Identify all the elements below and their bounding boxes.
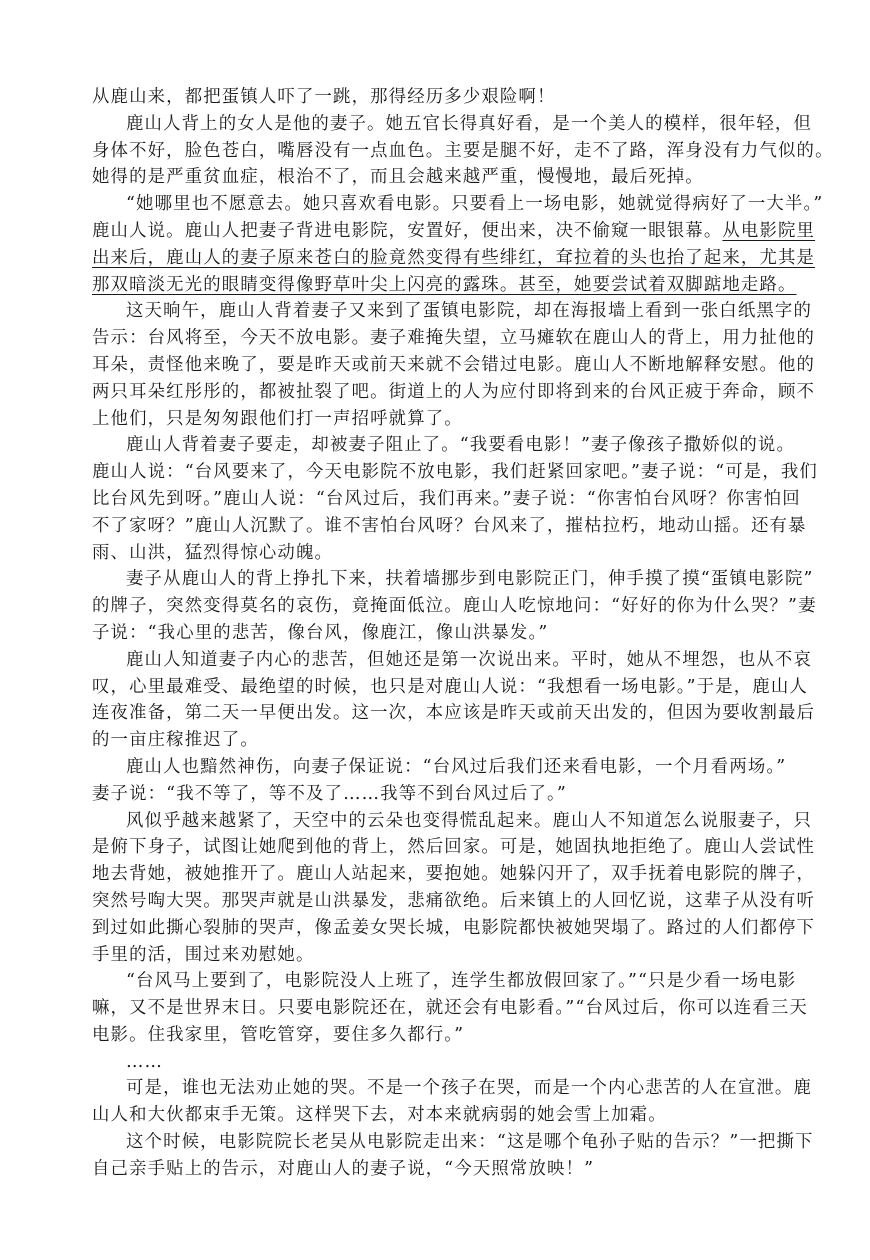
text-line: 的一亩庄稼推迟了。 — [92, 727, 782, 754]
line-text: 这个时候，电影院院长老吴从电影院走出来：“这是哪个龟孙子贴的告示？”一把撕下 — [126, 1132, 814, 1152]
underlined-text: 出来后，鹿山人的妻子原来苍白的脸竟然变得有些绯红，耷拉着的头也抬了起来，尤其是 — [92, 248, 815, 268]
line-text: 的牌子，突然变得莫名的哀伤，竟掩面低泣。鹿山人吃惊地问：“好好的你为什么哭？”妻 — [92, 596, 817, 616]
line-text: 风似乎越来越紧了，天空中的云朵也变得慌乱起来。鹿山人不知道怎么说服妻子，只 — [126, 811, 812, 831]
text-line: 身体不好，脸色苍白，嘴唇没有一点血色。主要是腿不好，走不了路，浑身没有力气似的。 — [92, 138, 782, 165]
line-text: 叹，心里最难受、最绝望的时候，也只是对鹿山人说：“我想看一场电影。”于是，鹿山人 — [92, 677, 808, 697]
text-line: 叹，心里最难受、最绝望的时候，也只是对鹿山人说：“我想看一场电影。”于是，鹿山人 — [92, 674, 782, 701]
text-line: 的牌子，突然变得莫名的哀伤，竟掩面低泣。鹿山人吃惊地问：“好好的你为什么哭？”妻 — [92, 593, 782, 620]
line-text: 是俯下身子，试图让她爬到他的背上，然后回家。可是，她固执地拒绝了。鹿山人尝试性 — [92, 837, 815, 857]
line-text: 不了家呀？”鹿山人沉默了。谁不害怕台风呀？台风来了，摧枯拉朽，地动山摇。还有暴 — [92, 516, 807, 536]
line-text: …… — [126, 1052, 163, 1072]
text-line: 嘛，又不是世界末日。只要电影院还在，就还会有电影看。”“台风过后，你可以连看三天 — [92, 995, 782, 1022]
underlined-text: 从电影院里 — [722, 221, 815, 241]
text-line: 地去背她，被她推开了。鹿山人站起来，要抱她。她躲闪开了，双手抚着电影院的牌子， — [92, 861, 782, 888]
text-line: 妻子说：“我不等了，等不及了……我等不到台风过后了。” — [92, 781, 782, 808]
line-text: 鹿山人知道妻子内心的悲苦，但她还是第一次说出来。平时，她从不埋怨，也从不哀 — [126, 650, 812, 670]
line-text: 妻子说：“我不等了，等不及了……我等不到台风过后了。” — [92, 784, 567, 804]
text-line: …… — [92, 1049, 782, 1076]
text-line: 突然号啕大哭。那哭声就是山洪暴发，悲痛欲绝。后来镇上的人回忆说，这辈子从没有听 — [92, 888, 782, 915]
line-text: 的一亩庄稼推迟了。 — [92, 730, 259, 750]
line-text: 子说：“我心里的悲苦，像台风，像鹿江，像山洪暴发。” — [92, 623, 548, 643]
text-line: 鹿山人背着妻子要走，却被妻子阻止了。“我要看电影！”妻子像孩子撒娇似的说。 — [92, 432, 782, 459]
line-text: 上他们，只是匆匆跟他们打一声招呼就算了。 — [92, 409, 463, 429]
text-line: 到过如此撕心裂肺的哭声，像孟姜女哭长城，电影院都快被她哭塌了。路过的人们都停下 — [92, 915, 782, 942]
text-line: “她哪里也不愿意去。她只喜欢看电影。只要看上一场电影，她就觉得病好了一大半。” — [92, 191, 782, 218]
line-text: 鹿山人背上的女人是他的妻子。她五官长得真好看，是一个美人的模样，很年轻，但 — [126, 114, 812, 134]
line-text: 地去背她，被她推开了。鹿山人站起来，要抱她。她躲闪开了，双手抚着电影院的牌子， — [92, 864, 815, 884]
text-line: “台风马上要到了，电影院没人上班了，连学生都放假回家了。”“只是少看一场电影 — [92, 968, 782, 995]
text-line: 是俯下身子，试图让她爬到他的背上，然后回家。可是，她固执地拒绝了。鹿山人尝试性 — [92, 834, 782, 861]
text-line: 电影。住我家里，管吃管穿，要住多久都行。” — [92, 1022, 782, 1049]
text-line: 从鹿山来，都把蛋镇人吓了一跳，那得经历多少艰险啊！ — [92, 84, 782, 111]
text-line: 鹿山人知道妻子内心的悲苦，但她还是第一次说出来。平时，她从不埋怨，也从不哀 — [92, 647, 782, 674]
document-page: 从鹿山来，都把蛋镇人吓了一跳，那得经历多少艰险啊！鹿山人背上的女人是他的妻子。她… — [92, 84, 782, 1183]
text-line: 告示：台风将至，今天不放电影。妻子难掩失望，立马瘫软在鹿山人的背上，用力扯他的 — [92, 325, 782, 352]
line-text: 她得的是严重贫血症，根治不了，而且会越来越严重，慢慢地，最后死掉。 — [92, 167, 704, 187]
text-line: 可是，谁也无法劝止她的哭。不是一个孩子在哭，而是一个内心悲苦的人在宣泄。鹿 — [92, 1075, 782, 1102]
line-text: 雨、山洪，猛烈得惊心动魄。 — [92, 543, 333, 563]
line-text: 突然号啕大哭。那哭声就是山洪暴发，悲痛欲绝。后来镇上的人回忆说，这辈子从没有听 — [92, 891, 815, 911]
text-line: 她得的是严重贫血症，根治不了，而且会越来越严重，慢慢地，最后死掉。 — [92, 164, 782, 191]
text-line: 不了家呀？”鹿山人沉默了。谁不害怕台风呀？台风来了，摧枯拉朽，地动山摇。还有暴 — [92, 513, 782, 540]
line-text: 耳朵，责怪他来晚了，要是昨天或前天来就不会错过电影。鹿山人不断地解释安慰。他的 — [92, 355, 815, 375]
text-line: 出来后，鹿山人的妻子原来苍白的脸竟然变得有些绯红，耷拉着的头也抬了起来，尤其是 — [92, 245, 782, 272]
line-text: “她哪里也不愿意去。她只喜欢看电影。只要看上一场电影，她就觉得病好了一大半。” — [126, 194, 823, 214]
line-text: 连夜准备，第二天一早便出发。这一次，本应该是昨天或前天出发的，但因为要收割最后 — [92, 703, 815, 723]
line-text: 电影。住我家里，管吃管穿，要住多久都行。” — [92, 1025, 464, 1045]
text-line: 这个时候，电影院院长老吴从电影院走出来：“这是哪个龟孙子贴的告示？”一把撕下 — [92, 1129, 782, 1156]
line-text: 到过如此撕心裂肺的哭声，像孟姜女哭长城，电影院都快被她哭塌了。路过的人们都停下 — [92, 918, 815, 938]
text-line: 上他们，只是匆匆跟他们打一声招呼就算了。 — [92, 406, 782, 433]
line-text: 鹿山人背着妻子要走，却被妻子阻止了。“我要看电影！”妻子像孩子撒娇似的说。 — [126, 435, 795, 455]
text-line: 鹿山人说：“台风要来了，今天电影院不放电影，我们赶紧回家吧。”妻子说：“可是，我… — [92, 459, 782, 486]
text-line: 鹿山人背上的女人是他的妻子。她五官长得真好看，是一个美人的模样，很年轻，但 — [92, 111, 782, 138]
underlined-text: 那双暗淡无光的眼睛变得像野草叶尖上闪亮的露珠。甚至，她要尝试着双脚踮地走路。 — [92, 275, 797, 295]
line-text: 自己亲手贴上的告示，对鹿山人的妻子说，“今天照常放映！” — [92, 1159, 594, 1179]
text-line: 鹿山人说。鹿山人把妻子背进电影院，安置好，便出来，决不偷窥一眼银幕。从电影院里 — [92, 218, 782, 245]
line-text: 两只耳朵红彤彤的，都被扯裂了吧。街道上的人为应付即将到来的台风正疲于奔命，顾不 — [92, 382, 815, 402]
line-text: 鹿山人说：“台风要来了，今天电影院不放电影，我们赶紧回家吧。”妻子说：“可是，我… — [92, 462, 818, 482]
line-text: 嘛，又不是世界末日。只要电影院还在，就还会有电影看。”“台风过后，你可以连看三天 — [92, 998, 808, 1018]
line-text: 这天晌午，鹿山人背着妻子又来到了蛋镇电影院，却在海报墙上看到一张白纸黑字的 — [126, 301, 812, 321]
text-line: 比台风先到呀。”鹿山人说：“台风过后，我们再来。”妻子说：“你害怕台风呀？你害怕… — [92, 486, 782, 513]
text-line: 连夜准备，第二天一早便出发。这一次，本应该是昨天或前天出发的，但因为要收割最后 — [92, 700, 782, 727]
line-text: 身体不好，脸色苍白，嘴唇没有一点血色。主要是腿不好，走不了路，浑身没有力气似的。 — [92, 141, 834, 161]
text-line: 耳朵，责怪他来晚了，要是昨天或前天来就不会错过电影。鹿山人不断地解释安慰。他的 — [92, 352, 782, 379]
line-text: 妻子从鹿山人的背上挣扎下来，扶着墙挪步到电影院正门，伸手摸了摸“蛋镇电影院” — [126, 569, 814, 589]
line-text: 可是，谁也无法劝止她的哭。不是一个孩子在哭，而是一个内心悲苦的人在宣泄。鹿 — [126, 1078, 812, 1098]
text-line: 风似乎越来越紧了，天空中的云朵也变得慌乱起来。鹿山人不知道怎么说服妻子，只 — [92, 808, 782, 835]
text-line: 山人和大伙都束手无策。这样哭下去，对本来就病弱的她会雪上加霜。 — [92, 1102, 782, 1129]
text-line: 子说：“我心里的悲苦，像台风，像鹿江，像山洪暴发。” — [92, 620, 782, 647]
line-text: 从鹿山来，都把蛋镇人吓了一跳，那得经历多少艰险啊！ — [92, 87, 556, 107]
text-line: 手里的活，围过来劝慰她。 — [92, 942, 782, 969]
text-line: 这天晌午，鹿山人背着妻子又来到了蛋镇电影院，却在海报墙上看到一张白纸黑字的 — [92, 298, 782, 325]
line-text: “台风马上要到了，电影院没人上班了，连学生都放假回家了。”“只是少看一场电影 — [126, 971, 796, 991]
line-text: 告示：台风将至，今天不放电影。妻子难掩失望，立马瘫软在鹿山人的背上，用力扯他的 — [92, 328, 815, 348]
text-line: 那双暗淡无光的眼睛变得像野草叶尖上闪亮的露珠。甚至，她要尝试着双脚踮地走路。 — [92, 272, 782, 299]
text-line: 妻子从鹿山人的背上挣扎下来，扶着墙挪步到电影院正门，伸手摸了摸“蛋镇电影院” — [92, 566, 782, 593]
text-line: 雨、山洪，猛烈得惊心动魄。 — [92, 540, 782, 567]
line-text: 比台风先到呀。”鹿山人说：“台风过后，我们再来。”妻子说：“你害怕台风呀？你害怕… — [92, 489, 801, 509]
text-line: 两只耳朵红彤彤的，都被扯裂了吧。街道上的人为应付即将到来的台风正疲于奔命，顾不 — [92, 379, 782, 406]
line-text: 鹿山人也黯然神伤，向妻子保证说：“台风过后我们还来看电影，一个月看两场。” — [126, 757, 786, 777]
line-text: 手里的活，围过来劝慰她。 — [92, 945, 315, 965]
text-line: 自己亲手贴上的告示，对鹿山人的妻子说，“今天照常放映！” — [92, 1156, 782, 1183]
line-text: 鹿山人说。鹿山人把妻子背进电影院，安置好，便出来，决不偷窥一眼银幕。 — [92, 221, 722, 241]
line-text: 山人和大伙都束手无策。这样哭下去，对本来就病弱的她会雪上加霜。 — [92, 1105, 667, 1125]
text-line: 鹿山人也黯然神伤，向妻子保证说：“台风过后我们还来看电影，一个月看两场。” — [92, 754, 782, 781]
